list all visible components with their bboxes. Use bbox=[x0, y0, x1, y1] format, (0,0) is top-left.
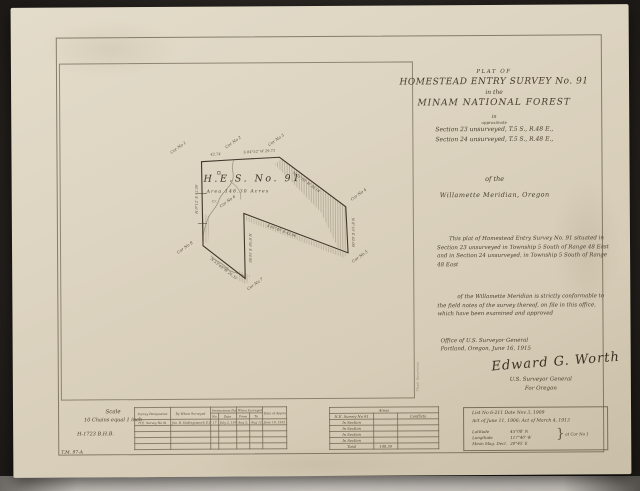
list-number-line: List No 6-211 Date Nov 3, 1909 bbox=[472, 411, 544, 417]
brace-glyph: } bbox=[556, 427, 564, 443]
signer-title: U.S. Surveyor General bbox=[481, 376, 601, 384]
latitude-value: 45°08' N bbox=[510, 429, 528, 434]
empty-cell bbox=[135, 443, 171, 449]
corner-label: Cor No 2 bbox=[224, 134, 242, 149]
edge-label: N 0°12' E 42.50 bbox=[195, 184, 199, 215]
scanned-plat-photo: H.E.S. No. 91 Area 148.30 Acres Cor No 1… bbox=[0, 0, 640, 491]
sheet-number: T.M. 97-A bbox=[61, 450, 83, 456]
edge-label: N 8°10' E 42.00 bbox=[351, 217, 355, 248]
certificate-paragraph-2: of the Willamette Meridian is strictly c… bbox=[437, 292, 609, 319]
office-date-line: Portland, Oregon, June 16, 1915 bbox=[441, 346, 531, 353]
corner-label: Cor No 5 bbox=[351, 249, 369, 264]
empty-cell bbox=[237, 443, 250, 449]
signer-region: For Oregon bbox=[481, 385, 601, 393]
col-date-of-approval: Date of Approval bbox=[263, 407, 287, 419]
corner-label: Cor No 3 bbox=[267, 132, 285, 147]
areas-total-label: Total bbox=[330, 443, 374, 449]
section-24-line: Section 24 unsurveyed, T.5 S., R.48 E., bbox=[388, 135, 600, 144]
declination-value: 20°45' E bbox=[510, 441, 528, 446]
empty-cell bbox=[263, 443, 287, 449]
empty-cell bbox=[211, 443, 219, 449]
list-act-box: List No 6-211 Date Nov 3, 1909 Act of Ju… bbox=[463, 406, 608, 451]
page-title: HOMESTEAD ENTRY SURVEY No. 91 bbox=[388, 76, 600, 89]
areas-table: Areas H.E. Survey No 91 Conflicts In Sec… bbox=[329, 406, 439, 450]
drafting-note: H-1723 B.H.B. bbox=[77, 431, 114, 437]
edge-label: N 0°50' E 34.00 bbox=[248, 232, 252, 263]
section-23-line: Section 23 unsurveyed, T.5 S., R.48 E., bbox=[388, 125, 600, 134]
creek-label: Cr. bbox=[224, 267, 229, 271]
plat-of-heading: PLAT OF bbox=[388, 68, 600, 76]
border-credit: Thad. Stevenson bbox=[416, 362, 421, 392]
survey-record-table: Survey Designation By Whom Surveyed Inst… bbox=[134, 406, 287, 450]
photo-mat-strip bbox=[0, 476, 640, 491]
forest-name: MINAM NATIONAL FOREST bbox=[388, 97, 600, 110]
empty-cell bbox=[250, 443, 263, 449]
tract-label: H.E.S. No. 91 bbox=[203, 173, 302, 185]
corner-label: Cor No 8 bbox=[176, 240, 194, 255]
plat-sheet: H.E.S. No. 91 Area 148.30 Acres Cor No 1… bbox=[11, 4, 632, 478]
edge-label: 42.74 bbox=[209, 152, 221, 157]
hatch-area bbox=[203, 214, 210, 244]
acts-line: Act of June 11, 1906; Act of March 4, 19… bbox=[472, 418, 570, 424]
at-corner-note: at Cor No 1 bbox=[565, 431, 589, 436]
map-frame: H.E.S. No. 91 Area 148.30 Acres Cor No 1… bbox=[59, 61, 415, 400]
creek-label: Cr. bbox=[212, 200, 217, 204]
declination-label: Mean Mag. Decl. bbox=[472, 441, 507, 446]
meridian-line: Willamette Meridian, Oregon bbox=[389, 190, 601, 199]
corner-label: Cor No 4 bbox=[349, 187, 367, 202]
of-the-line: of the bbox=[389, 174, 601, 183]
certificate-paragraph: This plat of Homestead Entry Survey No. … bbox=[437, 234, 609, 269]
title-in-the: in the bbox=[388, 88, 600, 97]
edge-label: S 84°52' W 29.73 bbox=[243, 149, 276, 155]
edge-label: S 61°45' E 42.06 bbox=[267, 224, 298, 239]
longitude-value: 117°40' W bbox=[510, 435, 531, 440]
col-survey-designation: Survey Designation bbox=[135, 407, 171, 419]
survey-map: H.E.S. No. 91 Area 148.30 Acres Cor No 1… bbox=[60, 62, 414, 399]
areas-total-value: 148.30 bbox=[374, 443, 398, 449]
latitude-label: Latitude bbox=[472, 429, 489, 434]
empty-cell bbox=[219, 443, 237, 449]
col-by-whom-surveyed: By Whom Surveyed bbox=[171, 407, 211, 419]
office-line: Office of U.S. Surveyor General bbox=[441, 338, 529, 345]
corner-label: Cor No 1 bbox=[169, 140, 187, 155]
tract-area-label: Area 148.30 Acres bbox=[206, 188, 270, 194]
empty-cell bbox=[171, 443, 211, 449]
empty-cell bbox=[398, 443, 439, 449]
longitude-label: Longitude bbox=[472, 435, 493, 440]
